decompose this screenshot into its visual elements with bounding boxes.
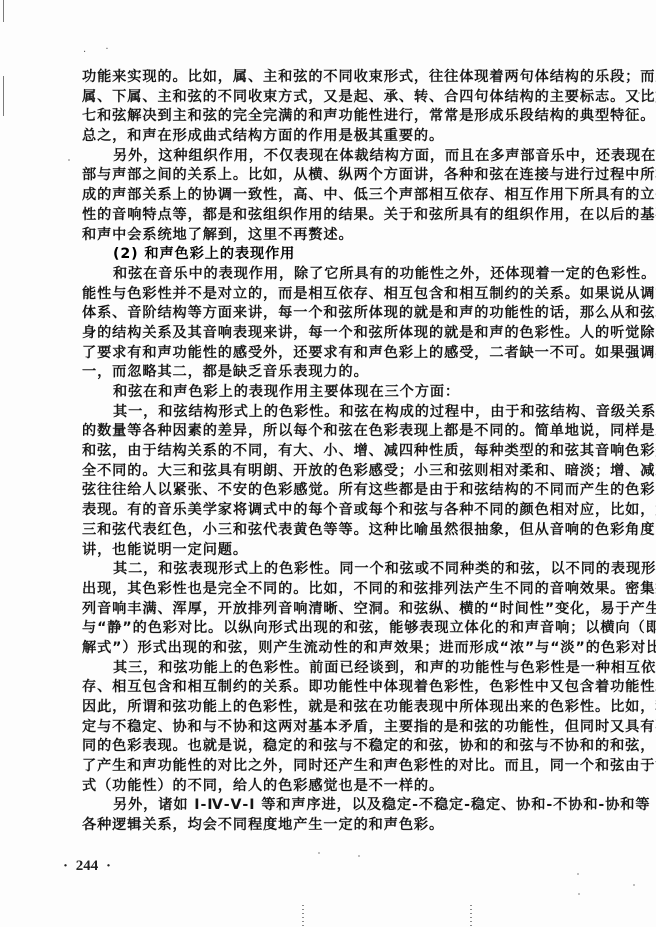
text-line: 各种逻辑关系，均会不同程度地产生一定的和声色彩。	[82, 816, 590, 836]
text-line: 成的声部关系上的协调一致性，高、中、低三个声部相互依存、相互作用下所具有的立体	[82, 186, 590, 206]
text-line: 功能来实现的。比如，属、主和弦的不同收束形式，往往体现着两句体结构的乐段；而主、	[82, 68, 590, 88]
text-line: 解式”）形式出现的和弦，则产生流动性的和声效果；进而形成“浓”与“淡”的色彩对比…	[82, 639, 590, 659]
text-line: 了产生和声功能性的对比之外，同时还产生和声色彩性的对比。而且，同一个和弦由于调	[82, 757, 590, 777]
text-line: 另外，这种组织作用，不仅表现在体裁结构方面，而且在多声部音乐中，还表现在声	[82, 147, 590, 167]
text-line: 与“静”的色彩对比。以纵向形式出现的和弦，能够表现立体化的和声音响；以横向（即“…	[82, 619, 590, 639]
book-page: . · 功能来实现的。比如，属、主和弦的不同收束形式，往往体现着两句体结构的乐段…	[0, 0, 656, 927]
text-line: 和弦，由于结构关系的不同，有大、小、增、减四种性质，每种类型的和弦其音响色彩是完	[82, 442, 590, 462]
text-line: 出现，其色彩性也是完全不同的。比如，不同的和弦排列法产生不同的音响效果。密集排	[82, 580, 590, 600]
text-line: 能性与色彩性并不是对立的，而是相互依存、相互包含和相互制约的关系。如果说从调式	[82, 285, 590, 305]
body-text: 功能来实现的。比如，属、主和弦的不同收束形式，往往体现着两句体结构的乐段；而主、…	[82, 68, 590, 836]
text-line: 讲，也能说明一定问题。	[82, 541, 590, 561]
text-line: 存、相互包含和相互制约的关系。即功能性中体现着色彩性，色彩性中又包含着功能性。	[82, 678, 590, 698]
text-line: 其二，和弦表现形式上的色彩性。同一个和弦或不同种类的和弦，以不同的表现形式	[82, 560, 590, 580]
scan-speck	[638, 92, 640, 94]
text-line: 列音响丰满、浑厚，开放排列音响清晰、空洞。和弦纵、横的“时间性”变化，易于产生“…	[82, 600, 590, 620]
text-line: 体系、音阶结构等方面来讲，每一个和弦所体现的就是和声的功能性的话，那么从和弦本	[82, 304, 590, 324]
text-line: 三和弦代表红色，小三和弦代表黄色等等。这种比喻虽然很抽象，但从音响的色彩角度	[82, 521, 590, 541]
text-line: 定与不稳定、协和与不协和这两对基本矛盾，主要指的是和弦的功能性，但同时又具有不	[82, 718, 590, 738]
scan-speck	[358, 855, 360, 857]
scan-speck	[318, 852, 320, 854]
text-line: 总之，和声在形成曲式结构方面的作用是极其重要的。	[82, 127, 590, 147]
text-line: 和弦在音乐中的表现作用，除了它所具有的功能性之外，还体现着一定的色彩性。功	[82, 265, 590, 285]
text-line: 和弦在和声色彩上的表现作用主要体现在三个方面：	[82, 383, 590, 403]
text-line: 属、下属、主和弦的不同收束方式，又是起、承、转、合四句体结构的主要标志。又比如，…	[82, 88, 590, 108]
text-line: 全不同的。大三和弦具有明朗、开放的色彩感受；小三和弦则相对柔和、暗淡；增、减三和	[82, 462, 590, 482]
scan-edge-line-mid	[3, 76, 4, 116]
text-line: 式（功能性）的不同，给人的色彩感觉也是不一样的。	[82, 777, 590, 797]
text-line: 因此，所谓和弦功能上的色彩性，就是和弦在功能表现中所体现出来的色彩性。比如，稳	[82, 698, 590, 718]
text-line: 同的色彩表现。也就是说，稳定的和弦与不稳定的和弦，协和的和弦与不协和的和弦，除	[82, 737, 590, 757]
text-line: 性的音响特点等，都是和弦组织作用的结果。关于和弦所具有的组织作用，在以后的基础	[82, 206, 590, 226]
text-line: 和声中会系统地了解到，这里不再赘述。	[82, 226, 590, 246]
page-number: · 244 ·	[63, 858, 111, 875]
text-line: 部与声部之间的关系上。比如，从横、纵两个方面讲，各种和弦在连接与进行过程中所构	[82, 166, 590, 186]
text-line: 表现。有的音乐美学家将调式中的每个音或每个和弦与各种不同的颜色相对应，比如，大	[82, 501, 590, 521]
scan-edge-line-top	[3, 0, 4, 22]
scan-speck	[633, 884, 635, 886]
text-line: 其三，和弦功能上的色彩性。前面已经谈到，和声的功能性与色彩性是一种相互依	[82, 659, 590, 679]
top-marks: . ·	[83, 44, 117, 55]
text-line: 其一，和弦结构形式上的色彩性。和弦在构成的过程中，由于和弦结构、音级关系、音	[82, 403, 590, 423]
scan-speck	[578, 893, 580, 895]
scan-artifact-left	[302, 905, 304, 927]
text-line: 身的结构关系及其音响表现来讲，每一个和弦所体现的就是和声的色彩性。人的听觉除	[82, 324, 590, 344]
scan-artifact-right	[470, 905, 472, 927]
text-line: 七和弦解决到主和弦的完全完满的和声功能性进行，常常是形成乐段结构的典型特征。	[82, 107, 590, 127]
text-line: 一，而忽略其二，都是缺乏音乐表现力的。	[82, 363, 590, 383]
text-line: 的数量等各种因素的差异，所以每个和弦在色彩表现上都是不同的。简单地说，同样是三	[82, 422, 590, 442]
scan-speck	[577, 873, 579, 875]
text-line: 另外，诸如 Ⅰ-Ⅳ-Ⅴ-Ⅰ 等和声序进，以及稳定-不稳定-稳定、协和-不协和-协…	[82, 796, 590, 816]
text-line: 弦往往给人以紧张、不安的色彩感觉。所有这些都是由于和弦结构的不同而产生的色彩	[82, 481, 590, 501]
section-heading: (2) 和声色彩上的表现作用	[82, 245, 590, 265]
scan-speck	[68, 159, 70, 161]
text-line: 了要求有和声功能性的感受外，还要求有和声色彩上的感受，二者缺一不可。如果强调其	[82, 344, 590, 364]
